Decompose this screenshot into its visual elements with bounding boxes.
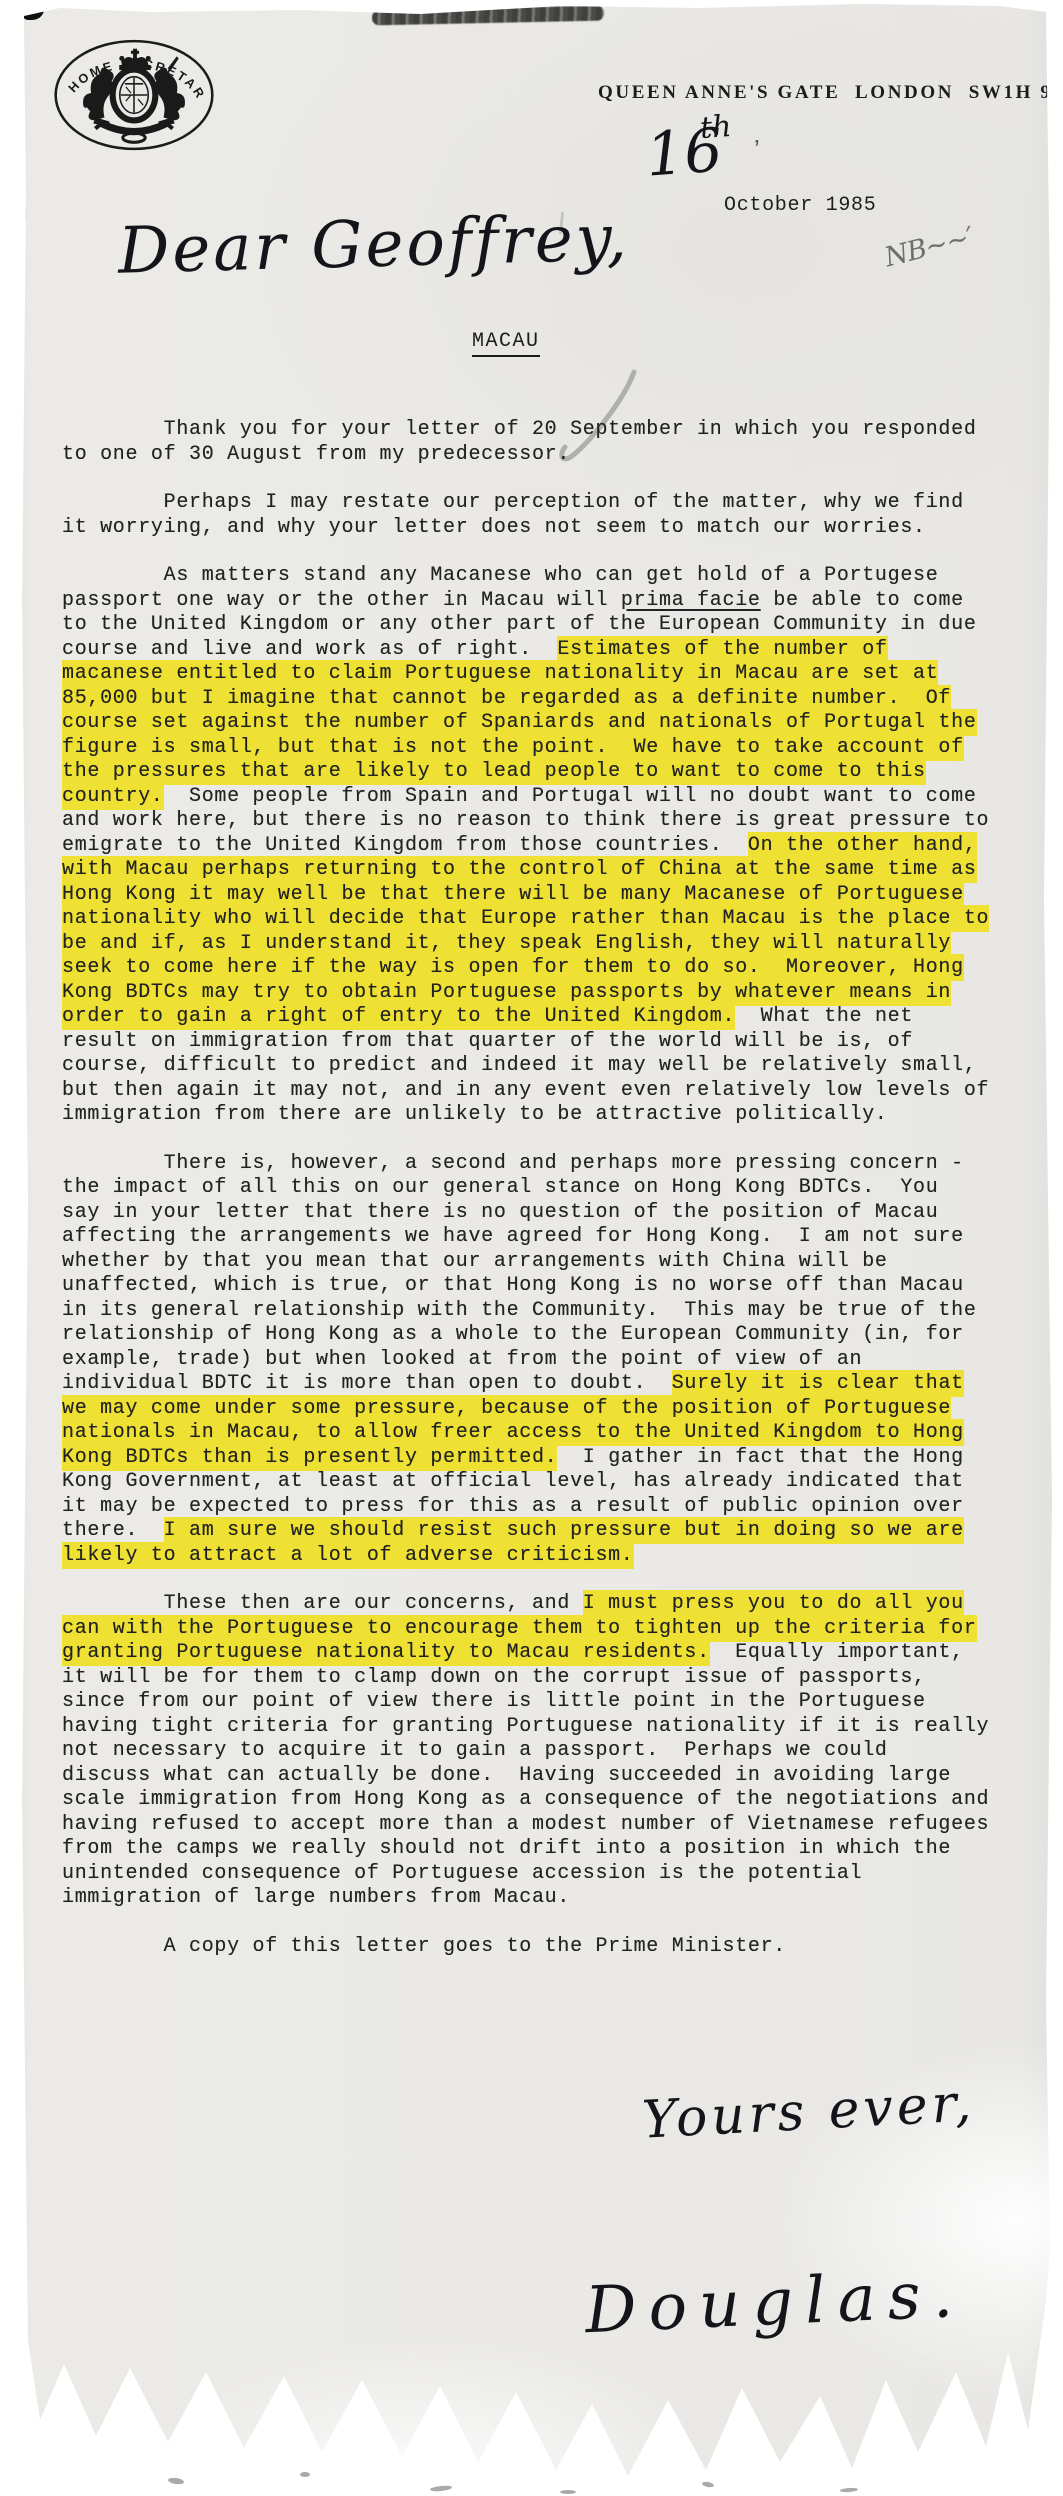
typed-text: Some people from Spain and Portugal will… bbox=[164, 785, 977, 808]
highlighted-text: Kong BDTCs may try to obtain Portuguese … bbox=[62, 981, 951, 1004]
letter-line: country. Some people from Spain and Port… bbox=[62, 785, 1027, 810]
letter-line: Kong Government, at least at official le… bbox=[62, 1470, 1027, 1495]
torn-paper-speck bbox=[702, 2481, 715, 2488]
highlighted-text: nationals in Macau, to allow freer acces… bbox=[62, 1421, 964, 1444]
scanned-letter: HOME SECRETARY bbox=[0, 0, 1063, 2496]
typed-text: passport one way or the other in Macau w… bbox=[62, 589, 621, 612]
letter-line: Hong Kong it may well be that there will… bbox=[62, 883, 1027, 908]
letter-line: say in your letter that there is no ques… bbox=[62, 1201, 1027, 1226]
letter-line: affecting the arrangements we have agree… bbox=[62, 1225, 1027, 1250]
typed-text: A copy of this letter goes to the Prime … bbox=[62, 1935, 786, 1958]
letter-line: discuss what can actually be done. Havin… bbox=[62, 1764, 1027, 1789]
letter-line: seek to come here if the way is open for… bbox=[62, 956, 1027, 981]
letter-line: and work here, but there is no reason to… bbox=[62, 809, 1027, 834]
typed-text: in its general relationship with the Com… bbox=[62, 1299, 977, 1322]
typed-text: There is, however, a second and perhaps … bbox=[62, 1152, 964, 1175]
motto-ribbon-icon bbox=[95, 123, 172, 142]
paper-nick-mark bbox=[17, 196, 26, 226]
letter-line: course and live and work as of right. Es… bbox=[62, 638, 1027, 663]
letterhead-address: QUEEN ANNE'S GATE LONDON SW1H 9AT bbox=[598, 82, 1063, 104]
letter-line: it worrying, and why your letter does no… bbox=[62, 516, 1027, 541]
pencil-initials-scribble: NB∼∼′ bbox=[882, 222, 977, 274]
typed-text: unintended consequence of Portuguese acc… bbox=[62, 1862, 862, 1885]
signature-handwriting: Douglas. bbox=[584, 2258, 967, 2348]
letter-line: passport one way or the other in Macau w… bbox=[62, 589, 1027, 614]
highlighted-text: can with the Portuguese to encourage the… bbox=[62, 1617, 977, 1640]
letter-line: immigration of large numbers from Macau. bbox=[62, 1886, 1027, 1911]
typed-text: it may be expected to press for this as … bbox=[62, 1495, 964, 1518]
letter-line: course set against the number of Spaniar… bbox=[62, 711, 1027, 736]
letter-line: unaffected, which is true, or that Hong … bbox=[62, 1274, 1027, 1299]
date-suffix-handwritten: th bbox=[699, 109, 733, 146]
typed-text: since from our point of view there is li… bbox=[62, 1690, 926, 1713]
highlighted-text: the pressures that are likely to lead pe… bbox=[62, 760, 926, 783]
typed-text: immigration from there are unlikely to b… bbox=[62, 1103, 888, 1126]
typed-text: it will be for them to clamp down on the… bbox=[62, 1666, 926, 1689]
typed-text: scale immigration from Hong Kong as a co… bbox=[62, 1788, 989, 1811]
letter-line: As matters stand any Macanese who can ge… bbox=[62, 564, 1027, 589]
paragraph: A copy of this letter goes to the Prime … bbox=[62, 1935, 1027, 1960]
highlighted-text: Estimates of the number of bbox=[557, 638, 887, 661]
letter-line: since from our point of view there is li… bbox=[62, 1690, 1027, 1715]
typed-text: course, difficult to predict and indeed … bbox=[62, 1054, 977, 1077]
letter-subject-heading: MACAU bbox=[472, 330, 540, 357]
typed-text: it worrying, and why your letter does no… bbox=[62, 516, 926, 539]
typed-text: whether by that you mean that our arrang… bbox=[62, 1250, 888, 1273]
letter-line: individual BDTC it is more than open to … bbox=[62, 1372, 1027, 1397]
paragraph: These then are our concerns, and I must … bbox=[62, 1592, 1027, 1911]
redaction-smudge-mark bbox=[372, 6, 604, 26]
typed-text: individual BDTC it is more than open to … bbox=[62, 1372, 672, 1395]
torn-paper-speck bbox=[430, 2485, 452, 2492]
highlighted-text: be and if, as I understand it, they spea… bbox=[62, 932, 951, 955]
highlighted-text: nationality who will decide that Europe … bbox=[62, 907, 989, 930]
typed-text: result on immigration from that quarter … bbox=[62, 1030, 913, 1053]
letter-body: Thank you for your letter of 20 Septembe… bbox=[62, 418, 1027, 1983]
letter-line: the pressures that are likely to lead pe… bbox=[62, 760, 1027, 785]
letter-line: Kong BDTCs than is presently permitted. … bbox=[62, 1446, 1027, 1471]
letter-line: immigration from there are unlikely to b… bbox=[62, 1103, 1027, 1128]
highlighted-text: figure is small, but that is not the poi… bbox=[62, 736, 964, 759]
typed-text: the impact of all this on our general st… bbox=[62, 1176, 938, 1199]
letter-line: granting Portuguese nationality to Macau… bbox=[62, 1641, 1027, 1666]
paragraph: As matters stand any Macanese who can ge… bbox=[62, 564, 1027, 1128]
highlighted-text: Surely it is clear that bbox=[672, 1372, 964, 1395]
typed-text: I gather in fact that the Hong bbox=[557, 1446, 963, 1469]
highlighted-text: with Macau perhaps returning to the cont… bbox=[62, 858, 977, 881]
typed-text: Equally important, bbox=[710, 1641, 964, 1664]
letter-line: it may be expected to press for this as … bbox=[62, 1495, 1027, 1520]
highlighted-text: course set against the number of Spaniar… bbox=[62, 711, 977, 734]
letter-line: not necessary to acquire it to gain a pa… bbox=[62, 1739, 1027, 1764]
letter-line: figure is small, but that is not the poi… bbox=[62, 736, 1027, 761]
typed-text: Perhaps I may restate our perception of … bbox=[62, 491, 964, 514]
letter-line: emigrate to the United Kingdom from thos… bbox=[62, 834, 1027, 859]
highlighted-text: I am sure we should resist such pressure… bbox=[164, 1519, 964, 1542]
typed-text: relationship of Hong Kong as a whole to … bbox=[62, 1323, 964, 1346]
highlighted-text: likely to attract a lot of adverse criti… bbox=[62, 1544, 634, 1567]
typed-text: but then again it may not, and in any ev… bbox=[62, 1079, 989, 1102]
salutation-handwriting: Dear Geoffrey, bbox=[117, 201, 630, 288]
letter-line: to the United Kingdom or any other part … bbox=[62, 613, 1027, 638]
letter-line: A copy of this letter goes to the Prime … bbox=[62, 1935, 1027, 1960]
typed-text: emigrate to the United Kingdom from thos… bbox=[62, 834, 748, 857]
torn-paper-speck bbox=[560, 2490, 576, 2494]
typed-text: As matters stand any Macanese who can ge… bbox=[62, 564, 938, 587]
letter-line: having refused to accept more than a mod… bbox=[62, 1813, 1027, 1838]
paragraph: There is, however, a second and perhaps … bbox=[62, 1152, 1027, 1569]
typed-text: from the camps we really should not drif… bbox=[62, 1837, 951, 1860]
typed-text: unaffected, which is true, or that Hong … bbox=[62, 1274, 964, 1297]
torn-paper-speck bbox=[840, 2487, 858, 2492]
highlighted-text: I must press you to do all you bbox=[583, 1592, 964, 1615]
letter-line: from the camps we really should not drif… bbox=[62, 1837, 1027, 1862]
letter-line: the impact of all this on our general st… bbox=[62, 1176, 1027, 1201]
typed-text: What the net bbox=[735, 1005, 913, 1028]
typed-text: having tight criteria for granting Portu… bbox=[62, 1715, 989, 1738]
typed-text: discuss what can actually be done. Havin… bbox=[62, 1764, 951, 1787]
typed-text: say in your letter that there is no ques… bbox=[62, 1201, 938, 1224]
typed-text: to one of 30 August from my predecessor. bbox=[62, 443, 570, 466]
torn-paper-speck bbox=[168, 2477, 185, 2485]
highlighted-text: order to gain a right of entry to the Un… bbox=[62, 1005, 735, 1028]
paper-nick-mark bbox=[22, 0, 44, 20]
letter-line: Thank you for your letter of 20 Septembe… bbox=[62, 418, 1027, 443]
letter-line: nationals in Macau, to allow freer acces… bbox=[62, 1421, 1027, 1446]
letter-line: in its general relationship with the Com… bbox=[62, 1299, 1027, 1324]
typed-text: to the United Kingdom or any other part … bbox=[62, 613, 977, 636]
typed-text: affecting the arrangements we have agree… bbox=[62, 1225, 964, 1248]
letter-line: These then are our concerns, and I must … bbox=[62, 1592, 1027, 1617]
letter-line: scale immigration from Hong Kong as a co… bbox=[62, 1788, 1027, 1813]
typed-text: course and live and work as of right. bbox=[62, 638, 557, 661]
letter-line: There is, however, a second and perhaps … bbox=[62, 1152, 1027, 1177]
typed-text: immigration of large numbers from Macau. bbox=[62, 1886, 570, 1909]
letter-line: order to gain a right of entry to the Un… bbox=[62, 1005, 1027, 1030]
letter-line: it will be for them to clamp down on the… bbox=[62, 1666, 1027, 1691]
highlighted-text: Hong Kong it may well be that there will… bbox=[62, 883, 964, 906]
typed-text: example, trade) but when looked at from … bbox=[62, 1348, 862, 1371]
letter-line: we may come under some pressure, because… bbox=[62, 1397, 1027, 1422]
highlighted-text: granting Portuguese nationality to Macau… bbox=[62, 1641, 710, 1664]
letter-line: likely to attract a lot of adverse criti… bbox=[62, 1544, 1027, 1569]
letter-line: whether by that you mean that our arrang… bbox=[62, 1250, 1027, 1275]
torn-paper-speck bbox=[300, 2472, 310, 2477]
crown-icon bbox=[120, 49, 151, 69]
letter-line: with Macau perhaps returning to the cont… bbox=[62, 858, 1027, 883]
highlighted-text: seek to come here if the way is open for… bbox=[62, 956, 964, 979]
highlighted-text: 85,000 but I imagine that cannot be rega… bbox=[62, 687, 951, 710]
underlined-text: prima facie bbox=[621, 589, 761, 612]
highlighted-text: country. bbox=[62, 785, 164, 808]
highlighted-text: we may come under some pressure, because… bbox=[62, 1397, 951, 1420]
valediction-handwriting: Yours ever, bbox=[641, 2073, 977, 2150]
letter-line: 85,000 but I imagine that cannot be rega… bbox=[62, 687, 1027, 712]
typed-text: and work here, but there is no reason to… bbox=[62, 809, 989, 832]
letter-line: having tight criteria for granting Portu… bbox=[62, 1715, 1027, 1740]
letter-line: be and if, as I understand it, they spea… bbox=[62, 932, 1027, 957]
letter-line: Perhaps I may restate our perception of … bbox=[62, 491, 1027, 516]
highlighted-text: On the other hand, bbox=[748, 834, 977, 857]
letter-line: result on immigration from that quarter … bbox=[62, 1030, 1027, 1055]
typed-text: These then are our concerns, and bbox=[62, 1592, 583, 1615]
garter-shield-icon bbox=[113, 70, 156, 121]
typed-text: be able to come bbox=[761, 589, 964, 612]
typed-text: Thank you for your letter of 20 Septembe… bbox=[62, 418, 977, 441]
highlighted-text: macanese entitled to claim Portuguese na… bbox=[62, 662, 938, 685]
paragraph: Perhaps I may restate our perception of … bbox=[62, 491, 1027, 540]
pencil-squiggle: ∼∼′ bbox=[922, 222, 976, 264]
letter-line: there. I am sure we should resist such p… bbox=[62, 1519, 1027, 1544]
letter-line: relationship of Hong Kong as a whole to … bbox=[62, 1323, 1027, 1348]
date-typed: October 1985 bbox=[724, 194, 876, 217]
letter-line: can with the Portuguese to encourage the… bbox=[62, 1617, 1027, 1642]
typed-text: not necessary to acquire it to gain a pa… bbox=[62, 1739, 888, 1762]
letter-line: unintended consequence of Portuguese acc… bbox=[62, 1862, 1027, 1887]
letter-line: macanese entitled to claim Portuguese na… bbox=[62, 662, 1027, 687]
highlighted-text: Kong BDTCs than is presently permitted. bbox=[62, 1446, 557, 1469]
typed-text: having refused to accept more than a mod… bbox=[62, 1813, 989, 1836]
letter-line: but then again it may not, and in any ev… bbox=[62, 1079, 1027, 1104]
letter-line: Kong BDTCs may try to obtain Portuguese … bbox=[62, 981, 1027, 1006]
home-secretary-crest-icon: HOME SECRETARY bbox=[52, 36, 216, 154]
pencil-dot-mark: ’ bbox=[754, 134, 760, 165]
letter-line: example, trade) but when looked at from … bbox=[62, 1348, 1027, 1373]
paragraph: Thank you for your letter of 20 Septembe… bbox=[62, 418, 1027, 467]
letter-paper: HOME SECRETARY bbox=[0, 0, 1063, 2496]
letter-line: to one of 30 August from my predecessor. bbox=[62, 443, 1027, 468]
letter-line: nationality who will decide that Europe … bbox=[62, 907, 1027, 932]
typed-text: Kong Government, at least at official le… bbox=[62, 1470, 964, 1493]
letter-line: course, difficult to predict and indeed … bbox=[62, 1054, 1027, 1079]
typed-text: there. bbox=[62, 1519, 164, 1542]
